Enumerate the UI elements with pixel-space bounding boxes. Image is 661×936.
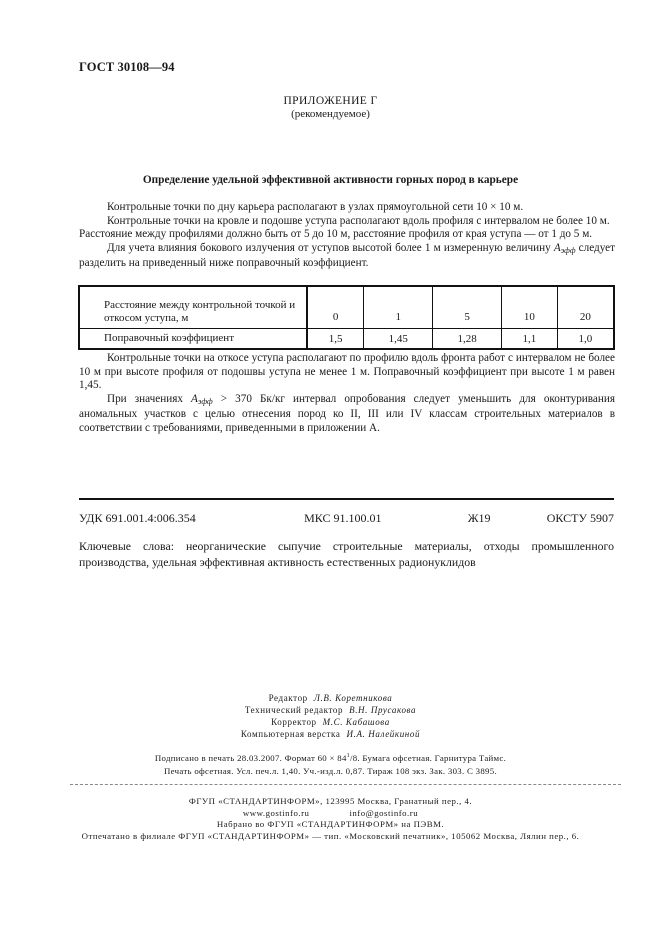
paragraph: При значениях Aэфф > 370 Бк/кг интервал … xyxy=(79,393,615,436)
email-link[interactable]: info@gostinfo.ru xyxy=(349,808,418,818)
credit-name: И.А. Налейкиной xyxy=(347,729,421,739)
publisher-line: Отпечатано в филиале ФГУП «СТАНДАРТИНФОР… xyxy=(0,831,661,843)
horizontal-rule xyxy=(79,498,614,500)
credit-role: Компьютерная верстка xyxy=(241,729,341,739)
keywords: Ключевые слова: неорганические сыпучие с… xyxy=(79,538,614,570)
okstu-code: ОКСТУ 5907 xyxy=(547,511,614,526)
publisher-info: ФГУП «СТАНДАРТИНФОРМ», 123995 Москва, Гр… xyxy=(0,796,661,842)
classification-row: УДК 691.001.4:006.354 МКС 91.100.01 Ж19 … xyxy=(79,511,614,526)
group-code: Ж19 xyxy=(468,511,491,526)
credit-name: Л.В. Коретникова xyxy=(314,693,393,703)
table-cell: 1,45 xyxy=(364,329,433,350)
print-text: Подписано в печать 28.03.2007. Формат 60… xyxy=(155,753,347,763)
website-link[interactable]: www.gostinfo.ru xyxy=(243,808,310,818)
credit-role: Корректор xyxy=(271,717,317,727)
credit-line: Компьютерная версткаИ.А. Налейкиной xyxy=(0,728,661,740)
section-body-continued: Контрольные точки на откосе уступа распо… xyxy=(79,352,615,436)
print-info-line: Подписано в печать 28.03.2007. Формат 60… xyxy=(0,750,661,765)
print-info: Подписано в печать 28.03.2007. Формат 60… xyxy=(0,750,661,778)
paragraph: Контрольные точки по дну карьера распола… xyxy=(79,201,615,215)
paragraph: Контрольные точки на откосе уступа распо… xyxy=(79,352,615,393)
table-cell: 20 xyxy=(557,286,614,329)
symbol-subscript: эфф xyxy=(561,246,576,255)
table-cell: 1,0 xyxy=(557,329,614,350)
document-id: ГОСТ 30108—94 xyxy=(79,60,175,75)
credit-role: Редактор xyxy=(269,693,308,703)
mks-code: МКС 91.100.01 xyxy=(304,511,381,526)
publisher-line: Набрано во ФГУП «СТАНДАРТИНФОРМ» на ПЭВМ… xyxy=(0,819,661,831)
appendix-subtitle: (рекомендуемое) xyxy=(0,108,661,121)
row-label-text: Поправочный коэффициент xyxy=(84,332,234,345)
credit-line: Технический редакторВ.Н. Прусакова xyxy=(0,704,661,716)
paragraph: Расстояние между профилями должно быть о… xyxy=(79,228,615,242)
dashed-separator xyxy=(70,784,621,785)
table-cell: 1,28 xyxy=(433,329,502,350)
print-info-line: Печать офсетная. Усл. печ.л. 1,40. Уч.-и… xyxy=(0,765,661,778)
credit-name: В.Н. Прусакова xyxy=(349,705,416,715)
credit-role: Технический редактор xyxy=(245,705,343,715)
table-cell: 1,5 xyxy=(307,329,364,350)
paragraph: Для учета влияния бокового излучения от … xyxy=(79,242,615,271)
credit-line: РедакторЛ.В. Коретникова xyxy=(0,692,661,704)
row-label: Поправочный коэффициент xyxy=(79,329,307,350)
table-row: Поправочный коэффициент 1,5 1,45 1,28 1,… xyxy=(79,329,614,350)
row-label: Расстояние между контрольной точкой и от… xyxy=(79,286,307,329)
credits: РедакторЛ.В. Коретникова Технический ред… xyxy=(0,692,661,740)
symbol-a-eff: Aэфф xyxy=(191,393,213,405)
table-cell: 1,1 xyxy=(502,329,558,350)
table-cell: 5 xyxy=(433,286,502,329)
symbol-a: A xyxy=(191,393,198,405)
credit-line: КорректорМ.С. Кабашова xyxy=(0,716,661,728)
symbol-a: A xyxy=(554,242,561,254)
publisher-line: ФГУП «СТАНДАРТИНФОРМ», 123995 Москва, Гр… xyxy=(0,796,661,808)
paragraph: Контрольные точки на кровле и подошве ус… xyxy=(79,215,615,229)
correction-coefficient-table: Расстояние между контрольной точкой и от… xyxy=(78,285,615,350)
symbol-subscript: эфф xyxy=(198,397,213,406)
credit-name: М.С. Кабашова xyxy=(323,717,390,727)
section-heading: Определение удельной эффективной активно… xyxy=(0,174,661,186)
udk-code: УДК 691.001.4:006.354 xyxy=(79,511,196,526)
table-cell: 0 xyxy=(307,286,364,329)
print-text: . Бумага офсетная. Гарнитура Таймс. xyxy=(357,753,506,763)
paragraph-text: Для учета влияния бокового излучения от … xyxy=(107,242,551,254)
table-cell: 1 xyxy=(364,286,433,329)
row-label-text: Расстояние между контрольной точкой и от… xyxy=(84,299,302,325)
section-body: Контрольные точки по дну карьера распола… xyxy=(79,201,615,271)
symbol-a-eff: Aэфф xyxy=(554,242,576,254)
publisher-contacts: www.gostinfo.ruinfo@gostinfo.ru xyxy=(0,808,661,820)
appendix-title: ПРИЛОЖЕНИЕ Г xyxy=(0,95,661,108)
table-row: Расстояние между контрольной точкой и от… xyxy=(79,286,614,329)
table-cell: 10 xyxy=(502,286,558,329)
paragraph-text: При значениях xyxy=(107,393,183,405)
